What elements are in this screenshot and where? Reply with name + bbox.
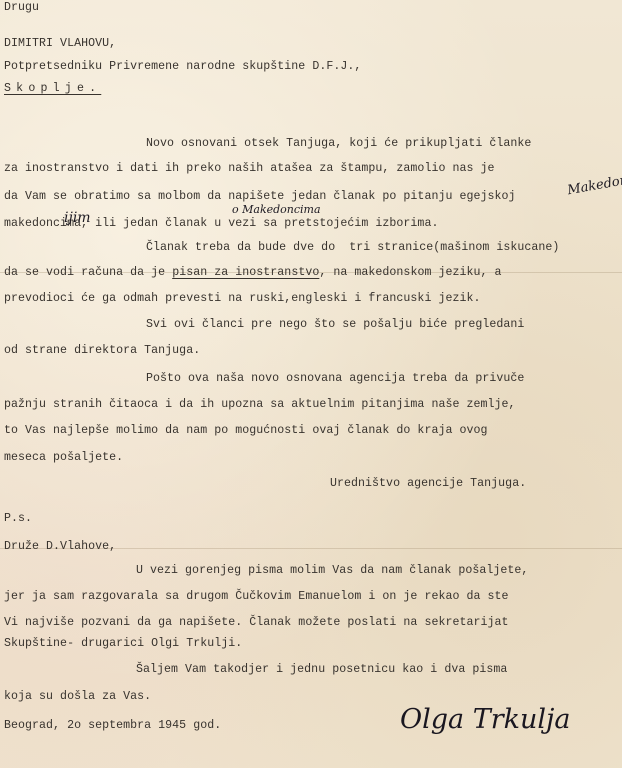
body-line: da se vodi računa da je pisan za inostra…	[4, 266, 502, 279]
body-line: Pošto ova naša novo osnovana agencija tr…	[146, 372, 524, 385]
underlined-phrase: pisan za inostranstvo	[172, 266, 319, 279]
postscript-line: Šaljem Vam takodjer i jednu posetnicu ka…	[136, 663, 507, 676]
postscript-line: U vezi gorenjeg pisma molim Vas da nam č…	[136, 564, 528, 577]
postscript-line: Vi najviše pozvani da ga napišete. Člana…	[4, 616, 509, 629]
handwritten-annotation: Makedonci u	[566, 169, 622, 199]
postscript-greeting: Druže D.Vlahove,	[4, 540, 116, 553]
handwritten-annotation: ijim	[64, 210, 91, 226]
postscript-line: koja su došla za Vas.	[4, 690, 151, 703]
body-text: , na makedonskom jeziku, a	[319, 266, 501, 279]
body-line: pažnju stranih čitaoca i da ih upozna sa…	[4, 398, 516, 411]
recipient-title: Potpretsedniku Privremene narodne skupšt…	[4, 60, 361, 73]
body-line: to Vas najlepše molimo da nam po mogućno…	[4, 424, 488, 437]
body-line: od strane direktora Tanjuga.	[4, 344, 200, 357]
salutation: Drugu	[4, 1, 39, 14]
body-line: Novo osnovani otsek Tanjuga, koji će pri…	[146, 137, 531, 150]
sign-off: Uredništvo agencije Tanjuga.	[330, 477, 526, 490]
body-line: meseca pošaljete.	[4, 451, 123, 464]
recipient-name: DIMITRI VLAHOVU,	[4, 37, 116, 50]
body-line: da Vam se obratimo sa molbom da napišete…	[4, 190, 516, 203]
postscript-line: Skupštine- drugarici Olgi Trkulji.	[4, 637, 242, 650]
handwritten-signature: Olga Trkulja	[400, 704, 571, 735]
body-line: Članak treba da bude dve do tri stranice…	[146, 241, 559, 254]
recipient-city: Skoplje.	[4, 82, 101, 95]
body-line: za inostranstvo i dati ih preko naših at…	[4, 162, 495, 175]
handwritten-annotation: o Makedoncima	[232, 203, 321, 216]
body-line: Svi ovi članci pre nego što se pošalju b…	[146, 318, 524, 331]
place-date: Beograd, 2o septembra 1945 god.	[4, 719, 221, 732]
postscript-line: jer ja sam razgovarala sa drugom Čučkovi…	[4, 590, 509, 603]
body-text: da se vodi računa da je	[4, 266, 172, 279]
postscript-label: P.s.	[4, 512, 32, 525]
body-line: prevodioci će ga odmah prevesti na ruski…	[4, 292, 481, 305]
